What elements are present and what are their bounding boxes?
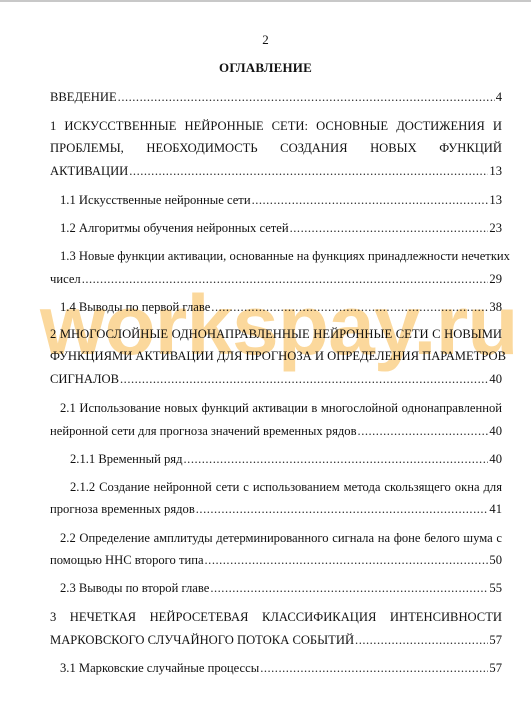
toc-page-number: 55: [489, 577, 502, 600]
toc-entry[interactable]: 1.4 Выводы по первой главе38: [50, 296, 502, 319]
toc-page-number: 13: [489, 160, 502, 183]
toc-page-number: 13: [489, 189, 502, 212]
toc-page-number: 57: [489, 657, 502, 680]
spacer: [50, 599, 502, 606]
toc-entry-text: 2.1 Использование новых функций активаци…: [50, 397, 502, 420]
toc-entry-text: 1.1 Искусственные нейронные сети: [60, 189, 251, 212]
toc-entry-text: чисел: [50, 268, 81, 291]
toc-entry[interactable]: 1.1 Искусственные нейронные сети13: [50, 189, 502, 212]
toc-entry-text: нейронной сети для прогноза значений вре…: [50, 420, 357, 443]
toc-entry[interactable]: 1 ИСКУССТВЕННЫЕ НЕЙРОННЫЕ СЕТИ: ОСНОВНЫЕ…: [50, 115, 502, 183]
page-number: 2: [0, 32, 531, 48]
dot-leader: [290, 217, 489, 240]
dot-leader: [196, 498, 489, 521]
dot-leader: [252, 189, 489, 212]
dot-leader: [358, 420, 489, 443]
toc-entry-text: ФУНКЦИЯМИ АКТИВАЦИИ ДЛЯ ПРОГНОЗА И ОПРЕД…: [50, 345, 502, 368]
toc-page-number: 29: [489, 268, 502, 291]
toc-page-number: 40: [489, 420, 502, 443]
toc-entry-text: 2 МНОГОСЛОЙНЫЕ ОДНОНАПРАВЛЕННЫЕ НЕЙРОННЫ…: [50, 323, 502, 346]
toc-page-number: 40: [489, 368, 502, 391]
toc-page-number: 50: [489, 549, 502, 572]
toc-entry[interactable]: 2.1 Использование новых функций активаци…: [50, 397, 502, 442]
viewer-top-border: [0, 0, 531, 2]
dot-leader: [355, 629, 488, 652]
toc-entry-text: помощью ННС второго типа: [50, 549, 204, 572]
toc-entry-text: АКТИВАЦИИ: [50, 160, 128, 183]
toc-entry[interactable]: 2.1.1 Временный ряд40: [50, 448, 502, 471]
toc-entry-text: 2.2 Определение амплитуды детерминирован…: [50, 527, 502, 550]
toc-entry-text: 2.1.2 Создание нейронной сети с использо…: [50, 476, 502, 499]
toc-entry-text: 1 ИСКУССТВЕННЫЕ НЕЙРОННЫЕ СЕТИ: ОСНОВНЫЕ…: [50, 115, 502, 138]
toc-entry[interactable]: 2 МНОГОСЛОЙНЫЕ ОДНОНАПРАВЛЕННЫЕ НЕЙРОННЫ…: [50, 323, 502, 391]
toc-entry-text: 2.1.1 Временный ряд: [70, 448, 183, 471]
dot-leader: [129, 160, 488, 183]
spacer: [50, 182, 502, 189]
toc-entry-text: 1.2 Алгоритмы обучения нейронных сетей: [60, 217, 289, 240]
toc-entry-text: 1.3 Новые функции активации, основанные …: [50, 245, 502, 268]
toc-entry-text: МАРКОВСКОГО СЛУЧАЙНОГО ПОТОКА СОБЫТИЙ: [50, 629, 354, 652]
toc-page-number: 23: [489, 217, 502, 240]
toc-entry-text: ВВЕДЕНИЕ: [50, 86, 117, 109]
toc-entry-text: СИГНАЛОВ: [50, 368, 119, 391]
spacer: [50, 390, 502, 397]
toc-entry[interactable]: 3.1 Марковские случайные процессы57: [50, 657, 502, 680]
dot-leader: [120, 368, 488, 391]
toc-entry[interactable]: 1.2 Алгоритмы обучения нейронных сетей23: [50, 217, 502, 240]
dot-leader: [82, 268, 489, 291]
toc-entry[interactable]: 2.2 Определение амплитуды детерминирован…: [50, 527, 502, 572]
dot-leader: [211, 296, 488, 319]
dot-leader: [205, 549, 489, 572]
toc-page-number: 41: [489, 498, 502, 521]
table-of-contents: ВВЕДЕНИЕ41 ИСКУССТВЕННЫЕ НЕЙРОННЫЕ СЕТИ:…: [50, 86, 502, 685]
dot-leader: [184, 448, 489, 471]
toc-entry[interactable]: 2.3 Выводы по второй главе55: [50, 577, 502, 600]
dot-leader: [210, 577, 488, 600]
spacer: [50, 680, 502, 685]
toc-entry-text: 3.1 Марковские случайные процессы: [60, 657, 259, 680]
toc-page-number: 38: [489, 296, 502, 319]
toc-entry-text: прогноза временных рядов: [50, 498, 195, 521]
toc-entry[interactable]: 2.1.2 Создание нейронной сети с использо…: [50, 476, 502, 521]
document-page: 2 ОГЛАВЛЕНИЕ ВВЕДЕНИЕ41 ИСКУССТВЕННЫЕ НЕ…: [0, 0, 531, 701]
toc-entry[interactable]: ВВЕДЕНИЕ4: [50, 86, 502, 109]
dot-leader: [260, 657, 488, 680]
toc-heading: ОГЛАВЛЕНИЕ: [0, 60, 531, 76]
toc-entry[interactable]: 1.3 Новые функции активации, основанные …: [50, 245, 502, 290]
toc-page-number: 4: [496, 86, 502, 109]
dot-leader: [118, 86, 495, 109]
toc-entry-text: 2.3 Выводы по второй главе: [60, 577, 209, 600]
toc-entry-text: 1.4 Выводы по первой главе: [60, 296, 210, 319]
toc-entry-text: ПРОБЛЕМЫ, НЕОБХОДИМОСТЬ СОЗДАНИЯ НОВЫХ Ф…: [50, 137, 502, 160]
toc-entry[interactable]: 3 НЕЧЕТКАЯ НЕЙРОСЕТЕВАЯ КЛАССИФИКАЦИЯ ИН…: [50, 606, 502, 651]
toc-page-number: 57: [489, 629, 502, 652]
toc-page-number: 40: [489, 448, 502, 471]
toc-entry-text: 3 НЕЧЕТКАЯ НЕЙРОСЕТЕВАЯ КЛАССИФИКАЦИЯ ИН…: [50, 606, 502, 629]
